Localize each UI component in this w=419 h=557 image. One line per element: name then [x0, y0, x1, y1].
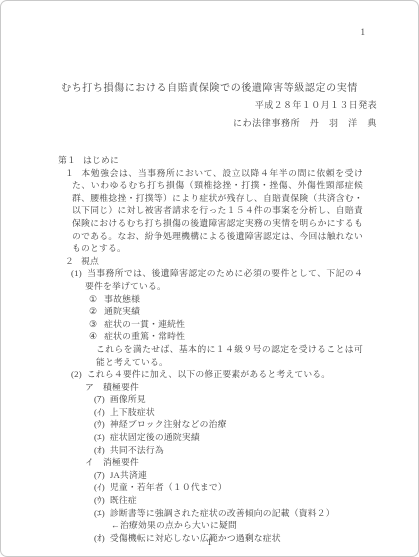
item-marker: 第１ — [58, 155, 76, 165]
item-text: 消極要件 — [103, 457, 139, 467]
item-marker: ④ — [89, 331, 97, 341]
item-text: 事故態様 — [104, 294, 140, 304]
list-item-negative: (ｲ)児童・若年者（１０代まで） — [58, 481, 363, 494]
item-marker: ① — [89, 294, 97, 304]
document-body: 第１はじめに １本勉強会は、当事務所において、設立以降４年半の間に依頼を受けた、… — [58, 154, 363, 544]
item-text: JA共済連 — [110, 470, 147, 480]
list-item-negative: (ｱ)JA共済連 — [58, 469, 363, 482]
list-item-requirement: ④症状の重篤・常時性 — [58, 330, 363, 343]
subitem-2: (2)これら４要件に加え、以下の修正要素があると考えている。 — [58, 368, 363, 381]
list-item-positive: (ｵ)共同不法行為 — [58, 444, 363, 457]
item-text: 症状の重篤・常時性 — [104, 331, 185, 341]
item-text: 症状固定後の通院実績 — [110, 432, 200, 442]
list-item-requirement: ①事故態様 — [58, 293, 363, 306]
item-text: はじめに — [83, 155, 119, 165]
item-text: 既往症 — [110, 495, 137, 505]
list-item-negative: (ｴ)診断書等に強調された症状の改善傾向の記載（資料２） — [58, 507, 363, 520]
page-number-top: 1 — [361, 27, 366, 37]
item-marker: (ｲ) — [94, 482, 105, 492]
publish-date: 平成２８年１０月１３日発表 — [255, 98, 377, 111]
item-marker: (ｲ) — [94, 407, 105, 417]
subitem-1: (1)当事務所では、後遺障害認定のために必須の要件として、下記の４要件を挙げてい… — [58, 267, 363, 292]
list-item-positive: (ｲ)上下肢症状 — [58, 406, 363, 419]
doc-title: むち打ち損傷における自賠責保険での後遺障害等級認定の実情 — [1, 79, 418, 94]
item-marker: (ｱ) — [94, 394, 105, 404]
negative-heading: イ消極要件 — [58, 456, 363, 469]
item-text: 画像所見 — [110, 394, 146, 404]
item-text: 児童・若年者（１０代まで） — [110, 482, 227, 492]
item-marker: (ｳ) — [94, 419, 105, 429]
item-text: 視点 — [81, 256, 99, 266]
positive-heading: ア積極要件 — [58, 381, 363, 394]
item-marker: (ｴ) — [94, 508, 105, 518]
item-marker: ② — [89, 306, 97, 316]
item-text: 症状の一貫・連続性 — [104, 319, 185, 329]
author-line: にわ法律事務所 丹 羽 洋 典 — [233, 116, 377, 129]
item-marker: ③ — [89, 319, 97, 329]
item-text: 共同不法行為 — [110, 445, 164, 455]
item-text: 本勉強会は、当事務所において、設立以降４年半の間に依頼を受けた、いわゆるむち打ち… — [72, 168, 363, 254]
item-text: 積極要件 — [103, 382, 139, 392]
item-marker: １ — [65, 168, 74, 178]
item-marker: ア — [85, 382, 94, 392]
list-item-requirement: ②通院実績 — [58, 305, 363, 318]
item-marker: (ｴ) — [94, 432, 105, 442]
item-text: これら４要件に加え、以下の修正要素があると考えている。 — [87, 369, 330, 379]
item-marker: (ｵ) — [94, 445, 105, 455]
document-page: 1 むち打ち損傷における自賠責保険での後遺障害等級認定の実情 平成２８年１０月１… — [0, 0, 419, 557]
item-text: 診断書等に強調された症状の改善傾向の記載（資料２） — [110, 508, 335, 518]
item-marker: (1) — [71, 268, 82, 278]
list-item-negative: (ｳ)既往症 — [58, 494, 363, 507]
item-text: 上下肢症状 — [110, 407, 155, 417]
conclusion-line: これらを満たせば、基本的に１４級９号の認定を受けることは可能と考えている。 — [58, 343, 363, 368]
section-heading-2: ２視点 — [58, 255, 363, 268]
page-number-bottom: 1 — [1, 537, 418, 547]
item-marker: (ｱ) — [94, 470, 105, 480]
item-text: 神経ブロック注射などの治療 — [110, 419, 227, 429]
paragraph-overview: １本勉強会は、当事務所において、設立以降４年半の間に依頼を受けた、いわゆるむち打… — [58, 167, 363, 255]
list-item-positive: (ｳ)神経ブロック注射などの治療 — [58, 418, 363, 431]
item-marker: (ｳ) — [94, 495, 105, 505]
item-text: 通院実績 — [104, 306, 140, 316]
item-marker: イ — [85, 457, 94, 467]
list-item-requirement: ③症状の一貫・連続性 — [58, 318, 363, 331]
list-item-positive: (ｱ)画像所見 — [58, 393, 363, 406]
section-heading-1: 第１はじめに — [58, 154, 363, 167]
list-item-positive: (ｴ)症状固定後の通院実績 — [58, 431, 363, 444]
item-text: 当事務所では、後遺障害認定のために必須の要件として、下記の４要件を挙げている。 — [85, 268, 363, 291]
item-marker: (2) — [71, 369, 82, 379]
item-marker: ２ — [65, 256, 74, 266]
annotation-note: ←治療効果の点から大いに疑問 — [58, 519, 363, 532]
